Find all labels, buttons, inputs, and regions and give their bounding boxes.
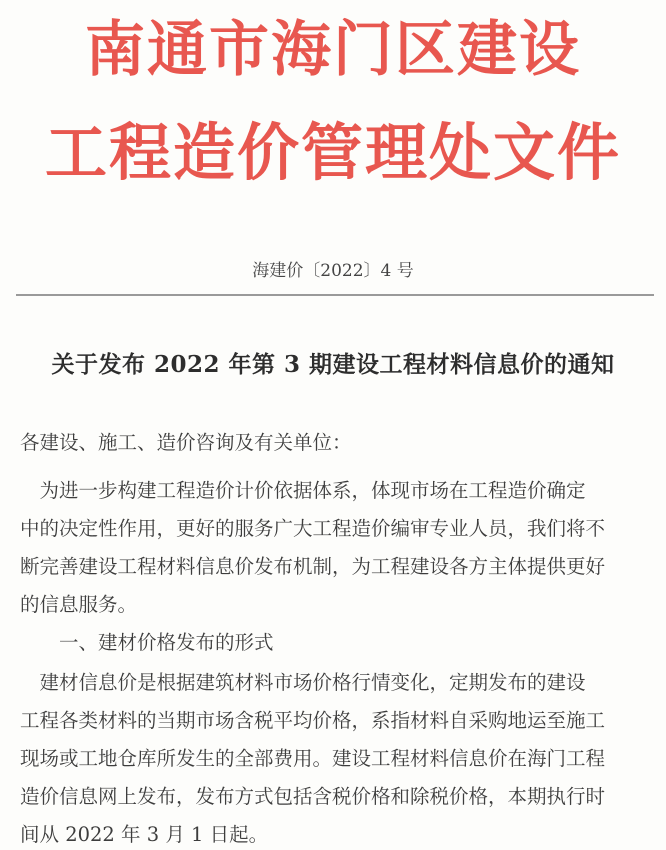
- body-line: 现场或工地仓库所发生的全部费用。建设工程材料信息价在海门工程: [20, 746, 650, 772]
- section-heading: 一、建材价格发布的形式: [20, 630, 650, 656]
- body-line: 为进一步构建工程造价计价依据体系，体现市场在工程造价确定: [20, 478, 650, 504]
- header-divider: [16, 294, 654, 296]
- body-line: 断完善建设工程材料信息价发布机制，为工程建设各方主体提供更好: [20, 554, 650, 580]
- body-line: 造价信息网上发布，发布方式包括含税价格和除税价格，本期执行时: [20, 784, 650, 810]
- issuer-name-line-1: 南通市海门区建设: [0, 10, 666, 90]
- document-title: 关于发布 2022 年第 3 期建设工程材料信息价的通知: [0, 346, 666, 379]
- body-line: 的信息服务。: [20, 592, 650, 618]
- body-line: 中的决定性作用，更好的服务广大工程造价编审专业人员，我们将不: [20, 516, 650, 542]
- salutation: 各建设、施工、造价咨询及有关单位：: [20, 430, 650, 456]
- document-number: 海建价〔2022〕4 号: [0, 256, 666, 281]
- body-line: 间从 2022 年 3 月 1 日起。: [20, 822, 650, 848]
- body-line: 建材信息价是根据建筑材料市场价格行情变化，定期发布的建设: [20, 670, 650, 696]
- body-line: 工程各类材料的当期市场含税平均价格，系指材料自采购地运至施工: [20, 708, 650, 734]
- issuer-name-line-2: 工程造价管理处文件: [0, 112, 666, 194]
